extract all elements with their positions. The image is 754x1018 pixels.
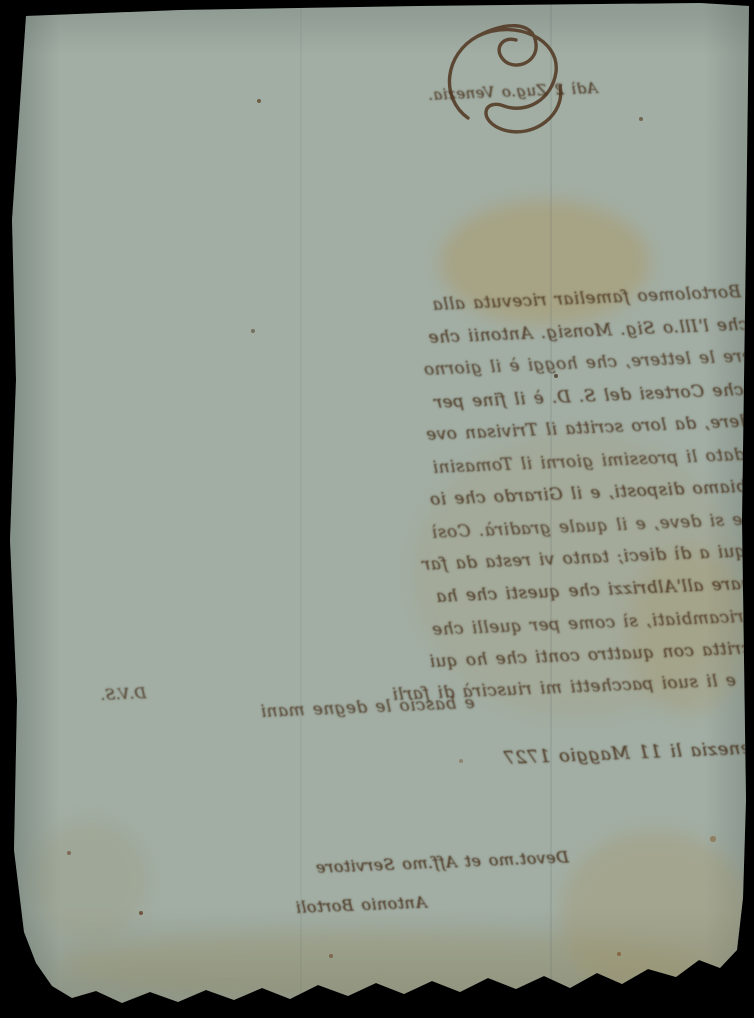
body-line: Antonio Bortoli di presente h.a li detti… [432,266,754,315]
closing-line: e bascio le degne mani [260,693,475,722]
paper-stain [560,830,750,1000]
ink-flourish-mark [438,6,588,141]
paper-sheet: Adì 2 Zug.o Venezia. Antonio Bortoli di … [0,0,754,1018]
closing-abbreviation: D.V.S. [100,684,147,704]
manuscript-letter-photo: Adì 2 Zug.o Venezia. Antonio Bortoli di … [0,0,754,1018]
paper-specks [0,0,2,2]
fold-crease [300,0,302,1018]
paper-stain [60,930,700,1000]
dateline: Venezia li 11 Maggio 1727 [503,737,754,769]
signature-name: Antonio Bortoli [295,893,427,917]
docket-line: Adì 2 Zug.o Venezia. [428,79,598,104]
paper-stain [30,820,150,940]
signature-courtesy-line: Devot.mo et Aff.mo Servitore [315,847,569,877]
